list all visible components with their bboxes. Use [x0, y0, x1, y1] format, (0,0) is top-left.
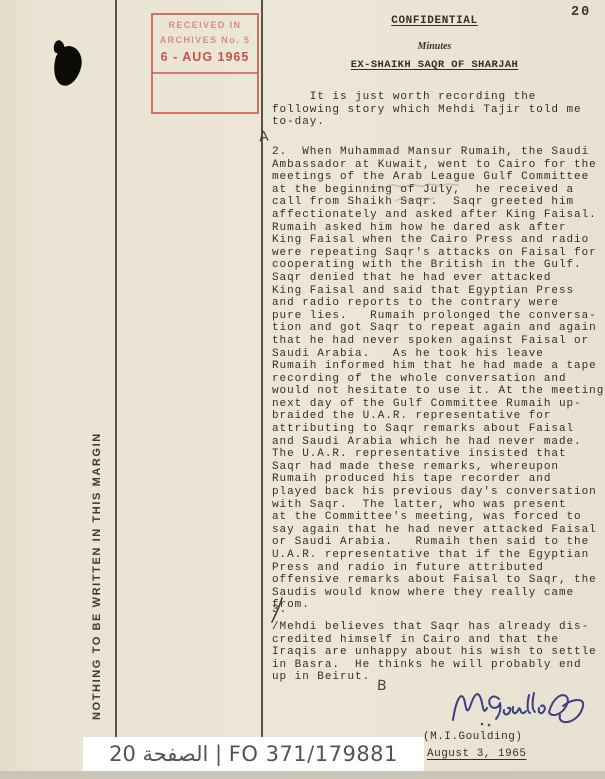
received-archives-stamp: RECEIVED IN ARCHIVES No. 5 6 - AUG 1965: [151, 13, 259, 114]
margin-rule-left: [115, 0, 117, 737]
document-title: EX-SHAIKH SAQR OF SHARJAH: [267, 59, 602, 71]
classification-heading: CONFIDENTIAL: [267, 15, 602, 27]
margin-annotation-b: B: [377, 678, 387, 694]
margin-instruction-text: NOTHING TO BE WRITTEN IN THIS MARGIN: [91, 344, 103, 720]
stamp-line2: ARCHIVES No. 5: [153, 33, 257, 48]
typed-signature-name: (M.I.Goulding): [423, 731, 522, 743]
stamp-divider: [152, 72, 258, 74]
margin-rule-right: [261, 0, 263, 737]
document-page: NOTHING TO BE WRITTEN IN THIS MARGIN REC…: [0, 0, 605, 779]
ink-blot: [50, 43, 86, 88]
goulding-signature: [449, 686, 599, 736]
paragraph-intro: It is just worth recording the following…: [272, 91, 605, 129]
minutes-label: Minutes: [267, 41, 602, 52]
stamp-line1: RECEIVED IN: [153, 15, 257, 33]
stamp-date: 6 - AUG 1965: [153, 50, 257, 64]
paragraph-section2: 2. When Muhammad Mansur Rumaih, the Saud…: [272, 146, 605, 612]
typed-signature-date: August 3, 1965: [427, 748, 526, 760]
caption-bar: الصفحة 20 | FO 371/179881: [83, 737, 424, 771]
bottom-edge-strip: [0, 771, 605, 779]
section3-strike-mark: [269, 597, 285, 623]
caption-text: الصفحة 20 | FO 371/179881: [109, 742, 398, 766]
paragraph-section3: /Mehdi believes that Saqr has already di…: [272, 621, 605, 684]
margin-annotation-a: A: [258, 129, 269, 146]
